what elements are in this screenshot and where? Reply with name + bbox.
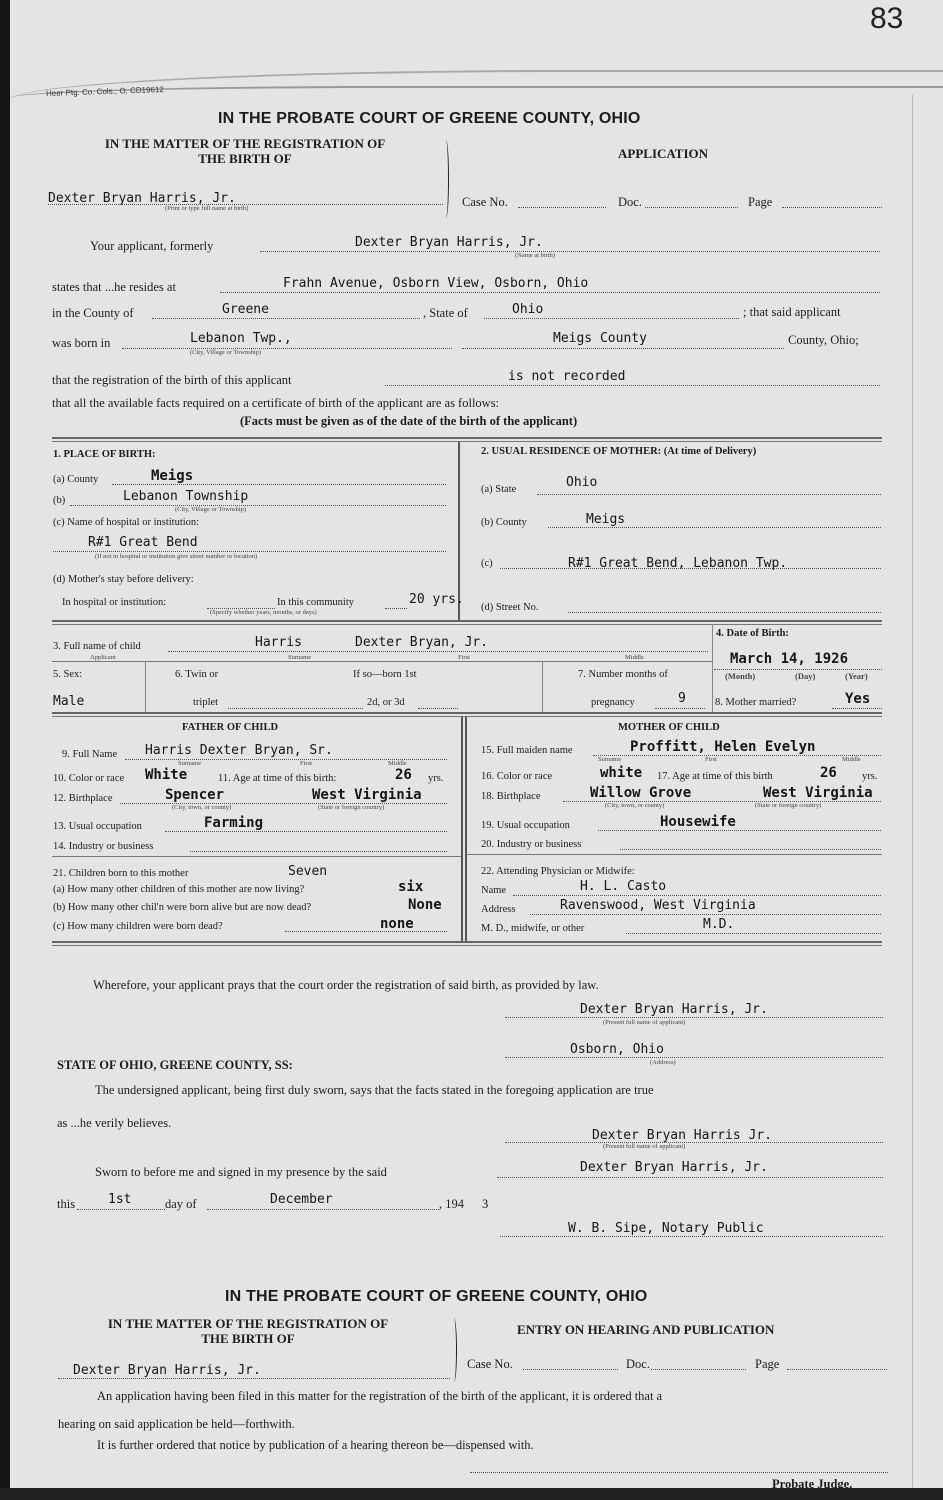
father-age-value: 26	[395, 767, 412, 783]
children-b-value: None	[408, 897, 442, 913]
months-label: 7. Number months of	[578, 669, 668, 680]
judge-signature-line	[470, 1472, 888, 1473]
pob-county-value: Meigs	[151, 468, 193, 484]
divider	[52, 661, 712, 662]
this-label: this	[57, 1197, 75, 1212]
caption: Applicant	[90, 654, 116, 661]
notary-signature: W. B. Sipe, Notary Public	[568, 1221, 764, 1236]
year-prefix: , 194	[439, 1197, 464, 1212]
dotted-line	[418, 708, 458, 709]
entry-document-title: ENTRY ON HEARING AND PUBLICATION	[517, 1322, 774, 1337]
scan-bottom-edge	[0, 1488, 943, 1500]
physician-name-label: Name	[481, 885, 506, 896]
entry-text-1: An application having been filed in this…	[97, 1389, 662, 1404]
divider	[52, 624, 882, 625]
caption: (Present full name of applicant)	[603, 1019, 685, 1026]
divider	[145, 662, 146, 712]
prayer-text: Wherefore, your applicant prays that the…	[93, 978, 599, 993]
mother-occupation-value: Housewife	[660, 814, 736, 830]
facts-note: (Facts must be given as of the date of t…	[240, 414, 577, 429]
dotted-line	[537, 494, 881, 495]
children-a-value: six	[398, 879, 423, 895]
brace	[451, 1318, 457, 1382]
entry-text-2: hearing on said application be held—fort…	[58, 1417, 295, 1432]
doc-field[interactable]	[645, 207, 738, 208]
dotted-line	[714, 669, 882, 670]
caption: (Name at birth)	[515, 252, 555, 259]
physician-type-value: M.D.	[703, 917, 734, 932]
mother-race-value: white	[600, 765, 642, 781]
sworn-label: Sworn to before me and signed in my pres…	[95, 1165, 387, 1180]
dotted-line	[530, 914, 881, 915]
divider	[542, 662, 543, 712]
matter-line-2: THE BIRTH OF	[63, 1331, 433, 1346]
county-value: Greene	[222, 302, 269, 317]
physician-address-value: Ravenswood, West Virginia	[560, 898, 756, 913]
formerly-value: Dexter Bryan Harris, Jr.	[355, 235, 543, 250]
dotted-line	[655, 708, 705, 709]
father-race-value: White	[145, 767, 187, 783]
triplet-field	[228, 708, 363, 709]
caption: Middle	[388, 760, 407, 767]
twin-label: 6. Twin or	[175, 669, 218, 680]
place-of-birth-heading: 1. PLACE OF BIRTH:	[53, 449, 156, 460]
case-no-field[interactable]	[518, 207, 606, 208]
applicant-signature-line	[505, 1017, 883, 1018]
matter-line-2: THE BIRTH OF	[60, 151, 430, 166]
mother-industry-field	[620, 849, 881, 850]
dotted-line	[165, 831, 447, 832]
caption: First	[300, 760, 312, 767]
dotted-line	[593, 755, 881, 756]
pregnancy-value: 9	[678, 691, 686, 706]
oath-heading: STATE OF OHIO, GREENE COUNTY, SS:	[57, 1058, 293, 1073]
divider	[52, 441, 882, 442]
children-a-label: (a) How many other children of this moth…	[53, 884, 304, 895]
caption: First	[458, 654, 470, 661]
father-industry-field	[190, 851, 447, 852]
dotted-line	[385, 385, 880, 386]
page-number: 83	[870, 2, 903, 36]
divider	[52, 437, 882, 439]
dotted-line	[548, 527, 881, 528]
father-name-label: 9. Full Name	[62, 749, 117, 760]
father-birthplace-state: West Virginia	[312, 787, 422, 803]
dotted-line	[70, 505, 446, 506]
dotted-line	[168, 651, 708, 652]
resides-value: Frahn Avenue, Osborn View, Osborn, Ohio	[283, 276, 588, 291]
dotted-line	[598, 830, 881, 831]
court-title: IN THE PROBATE COURT OF GREENE COUNTY, O…	[218, 110, 641, 128]
physician-address-label: Address	[481, 904, 515, 915]
mother-married-label: 8. Mother married?	[715, 697, 796, 708]
matter-line-1: IN THE MATTER OF THE REGISTRATION OF	[60, 136, 430, 151]
mother-name-label: 15. Full maiden name	[481, 745, 573, 756]
applicant-name: Dexter Bryan Harris, Jr.	[580, 1002, 768, 1017]
residence-c-value: R#1 Great Bend, Lebanon Twp.	[568, 556, 787, 571]
county-ohio-text: County, Ohio;	[788, 333, 859, 348]
divider	[712, 624, 713, 712]
yrs-label: yrs.	[428, 773, 443, 784]
entry-text-3: It is further ordered that notice by pub…	[97, 1438, 534, 1453]
mother-race-label: 16. Color or race	[481, 771, 552, 782]
dotted-line	[77, 1209, 165, 1210]
children-label: 21. Children born to this mother	[53, 868, 188, 879]
registration-value: is not recorded	[508, 369, 625, 384]
pregnancy-label: pregnancy	[591, 697, 635, 708]
sex-label: 5. Sex:	[53, 669, 82, 680]
caption: (State or foreign country)	[755, 802, 821, 809]
dotted-line	[385, 608, 407, 609]
caption: First	[705, 756, 717, 763]
caption: (City, town, or county)	[172, 804, 231, 811]
caption: (If not in hospital or institution give …	[95, 553, 257, 560]
mother-heading: MOTHER OF CHILD	[618, 722, 720, 733]
month-value: December	[270, 1192, 333, 1207]
triplet-label: triplet	[193, 697, 218, 708]
dotted-line	[626, 933, 881, 934]
page-field[interactable]	[782, 207, 882, 208]
caption: (City, Village or Township)	[190, 349, 261, 356]
dotted-line	[112, 484, 446, 485]
divider	[52, 716, 882, 717]
mother-occupation-label: 19. Usual occupation	[481, 820, 570, 831]
mother-birthplace-city: Willow Grove	[590, 785, 691, 801]
dotted-line	[832, 708, 882, 709]
father-occupation-value: Farming	[204, 815, 263, 831]
children-b-label: (b) How many other chil'n were born aliv…	[53, 902, 311, 913]
case-no-label: Case No.	[462, 195, 508, 210]
year-value: 3	[482, 1197, 488, 1212]
caption: (Print or type full name at birth)	[165, 205, 248, 212]
dotted-line	[58, 1378, 450, 1379]
mother-married-value: Yes	[845, 691, 870, 707]
father-birthplace-city: Spencer	[165, 787, 224, 803]
born-order-label: If so—born 1st	[353, 669, 417, 680]
caption: Middle	[625, 654, 644, 661]
caption: (Present full name of applicant)	[603, 1143, 685, 1150]
caption: (Month)	[725, 671, 755, 681]
father-occupation-label: 13. Usual occupation	[53, 821, 142, 832]
mother-name-value: Proffitt, Helen Evelyn	[630, 739, 815, 755]
dotted-line	[260, 251, 880, 252]
born-county-value: Meigs County	[553, 331, 647, 346]
dotted-line	[220, 292, 880, 293]
dotted-line	[484, 318, 739, 319]
born-label: was born in	[52, 336, 110, 351]
residence-county-value: Meigs	[586, 512, 625, 527]
child-name-label: 3. Full name of child	[53, 641, 141, 652]
address-line	[505, 1057, 883, 1058]
entry-page-field[interactable]	[787, 1369, 887, 1370]
father-birthplace-label: 12. Birthplace	[53, 793, 112, 804]
yrs-label: yrs.	[862, 771, 877, 782]
entry-matter-heading: IN THE MATTER OF THE REGISTRATION OF THE…	[63, 1316, 433, 1346]
physician-name-value: H. L. Casto	[580, 879, 666, 894]
child-first-name: Dexter Bryan, Jr.	[355, 635, 488, 650]
day-of-label: day of	[165, 1197, 197, 1212]
doc-label: Doc.	[618, 195, 642, 210]
page-label: Page	[748, 195, 772, 210]
mother-age-value: 26	[820, 765, 837, 781]
father-heading: FATHER OF CHILD	[182, 722, 278, 733]
child-surname: Harris	[255, 635, 302, 650]
page-margin-line	[912, 95, 913, 1495]
father-industry-label: 14. Industry or business	[53, 841, 153, 852]
entry-case-no-field[interactable]	[523, 1369, 618, 1370]
divider	[52, 620, 882, 622]
county-label: in the County of	[52, 306, 134, 321]
dotted-line	[207, 1209, 439, 1210]
entry-page-label: Page	[755, 1357, 779, 1372]
pob-county-label: (a) County	[53, 474, 98, 485]
sworn-value: Dexter Bryan Harris, Jr.	[580, 1160, 768, 1175]
mother-age-label: 17. Age at time of this birth	[657, 771, 773, 782]
caption: Surname	[288, 654, 311, 661]
dotted-line	[53, 551, 446, 552]
mother-birthplace-label: 18. Birthplace	[481, 791, 540, 802]
residence-state-label: (a) State	[481, 484, 516, 495]
mothers-stay-label: (d) Mother's stay before delivery:	[53, 574, 194, 585]
residence-county-label: (b) County	[481, 517, 527, 528]
state-label: , State of	[423, 306, 468, 321]
father-name-value: Harris Dexter Bryan, Sr.	[145, 743, 333, 758]
applicant-address: Osborn, Ohio	[570, 1042, 664, 1057]
caption: Surname	[178, 760, 201, 767]
dotted-line	[497, 1177, 883, 1178]
signature-line	[505, 1142, 883, 1143]
notary-line	[500, 1236, 883, 1237]
resides-label: states that ...he resides at	[52, 280, 176, 295]
residence-c-label: (c)	[481, 558, 493, 569]
father-age-label: 11. Age at time of this birth:	[218, 773, 336, 784]
children-c-value: none	[380, 916, 414, 932]
entry-case-no-label: Case No.	[467, 1357, 513, 1372]
caption: (Year)	[845, 671, 868, 681]
children-value: Seven	[288, 864, 327, 879]
divider	[461, 717, 463, 941]
entry-doc-label: Doc.	[626, 1357, 650, 1372]
divider	[466, 854, 882, 855]
dotted-line	[462, 348, 784, 349]
matter-heading: IN THE MATTER OF THE REGISTRATION OF THE…	[60, 136, 430, 166]
state-value: Ohio	[512, 302, 543, 317]
registration-label: that the registration of the birth of th…	[52, 373, 292, 388]
dotted-line	[120, 803, 447, 804]
father-race-label: 10. Color or race	[53, 773, 124, 784]
brace	[443, 140, 449, 218]
divider	[465, 717, 467, 941]
residence-state-value: Ohio	[566, 475, 597, 490]
street-no-field	[568, 612, 881, 613]
hospital-value: R#1 Great Bend	[88, 535, 198, 550]
pob-b-label: (b)	[53, 495, 65, 506]
document-title: APPLICATION	[618, 146, 708, 161]
entry-name-value: Dexter Bryan Harris, Jr.	[73, 1363, 261, 1378]
caption: (Address)	[650, 1059, 676, 1066]
physician-type-label: M. D., midwife, or other	[481, 923, 584, 934]
entry-court-title: IN THE PROBATE COURT OF GREENE COUNTY, O…	[225, 1288, 648, 1306]
matter-line-1: IN THE MATTER OF THE REGISTRATION OF	[63, 1316, 433, 1331]
caption: Surname	[598, 756, 621, 763]
in-hospital-label: In hospital or institution:	[62, 597, 166, 608]
oath-text-1: The undersigned applicant, being first d…	[95, 1083, 654, 1098]
caption: (Day)	[795, 671, 815, 681]
mother-birthplace-state: West Virginia	[763, 785, 873, 801]
said-applicant-text: ; that said applicant	[743, 305, 841, 320]
facts-line: that all the available facts required on…	[52, 396, 499, 411]
dotted-line	[152, 318, 420, 319]
pob-b-value: Lebanon Township	[123, 489, 248, 504]
mother-residence-heading: 2. USUAL RESIDENCE OF MOTHER: (At time o…	[481, 446, 756, 457]
oath-signature: Dexter Bryan Harris Jr.	[592, 1128, 772, 1143]
dob-label: 4. Date of Birth:	[716, 628, 789, 639]
entry-doc-field[interactable]	[651, 1369, 746, 1370]
divider	[52, 856, 461, 857]
dob-value: March 14, 1926	[730, 651, 848, 667]
dotted-line	[513, 895, 881, 896]
dotted-line	[122, 348, 452, 349]
sex-value: Male	[53, 694, 84, 709]
caption: (State or foreign country)	[318, 804, 384, 811]
divider	[52, 945, 882, 946]
community-value: 20 yrs.	[409, 592, 464, 607]
formerly-label: Your applicant, formerly	[90, 239, 213, 254]
caption: (City, Village or Township)	[175, 506, 246, 513]
born-value: Lebanon Twp.,	[190, 331, 292, 346]
divider	[52, 941, 882, 943]
day-value: 1st	[108, 1192, 131, 1207]
physician-heading: 22. Attending Physician or Midwife:	[481, 866, 635, 877]
divider	[52, 712, 882, 714]
caption: Middle	[842, 756, 861, 763]
born-order-label-2: 2d, or 3d	[367, 697, 405, 708]
caption: (Specify whether years, months, or days)	[210, 609, 317, 616]
caption: (City, town, or county)	[605, 802, 664, 809]
oath-text-2: as ...he verily believes.	[57, 1116, 171, 1131]
hospital-label: (c) Name of hospital or institution:	[53, 517, 199, 528]
street-no-label: (d) Street No.	[481, 602, 538, 613]
mother-industry-label: 20. Industry or business	[481, 839, 581, 850]
children-c-label: (c) How many children were born dead?	[53, 921, 223, 932]
community-label: In this community	[277, 597, 354, 608]
dotted-line	[285, 931, 447, 932]
scan-binding-edge	[0, 0, 10, 1500]
